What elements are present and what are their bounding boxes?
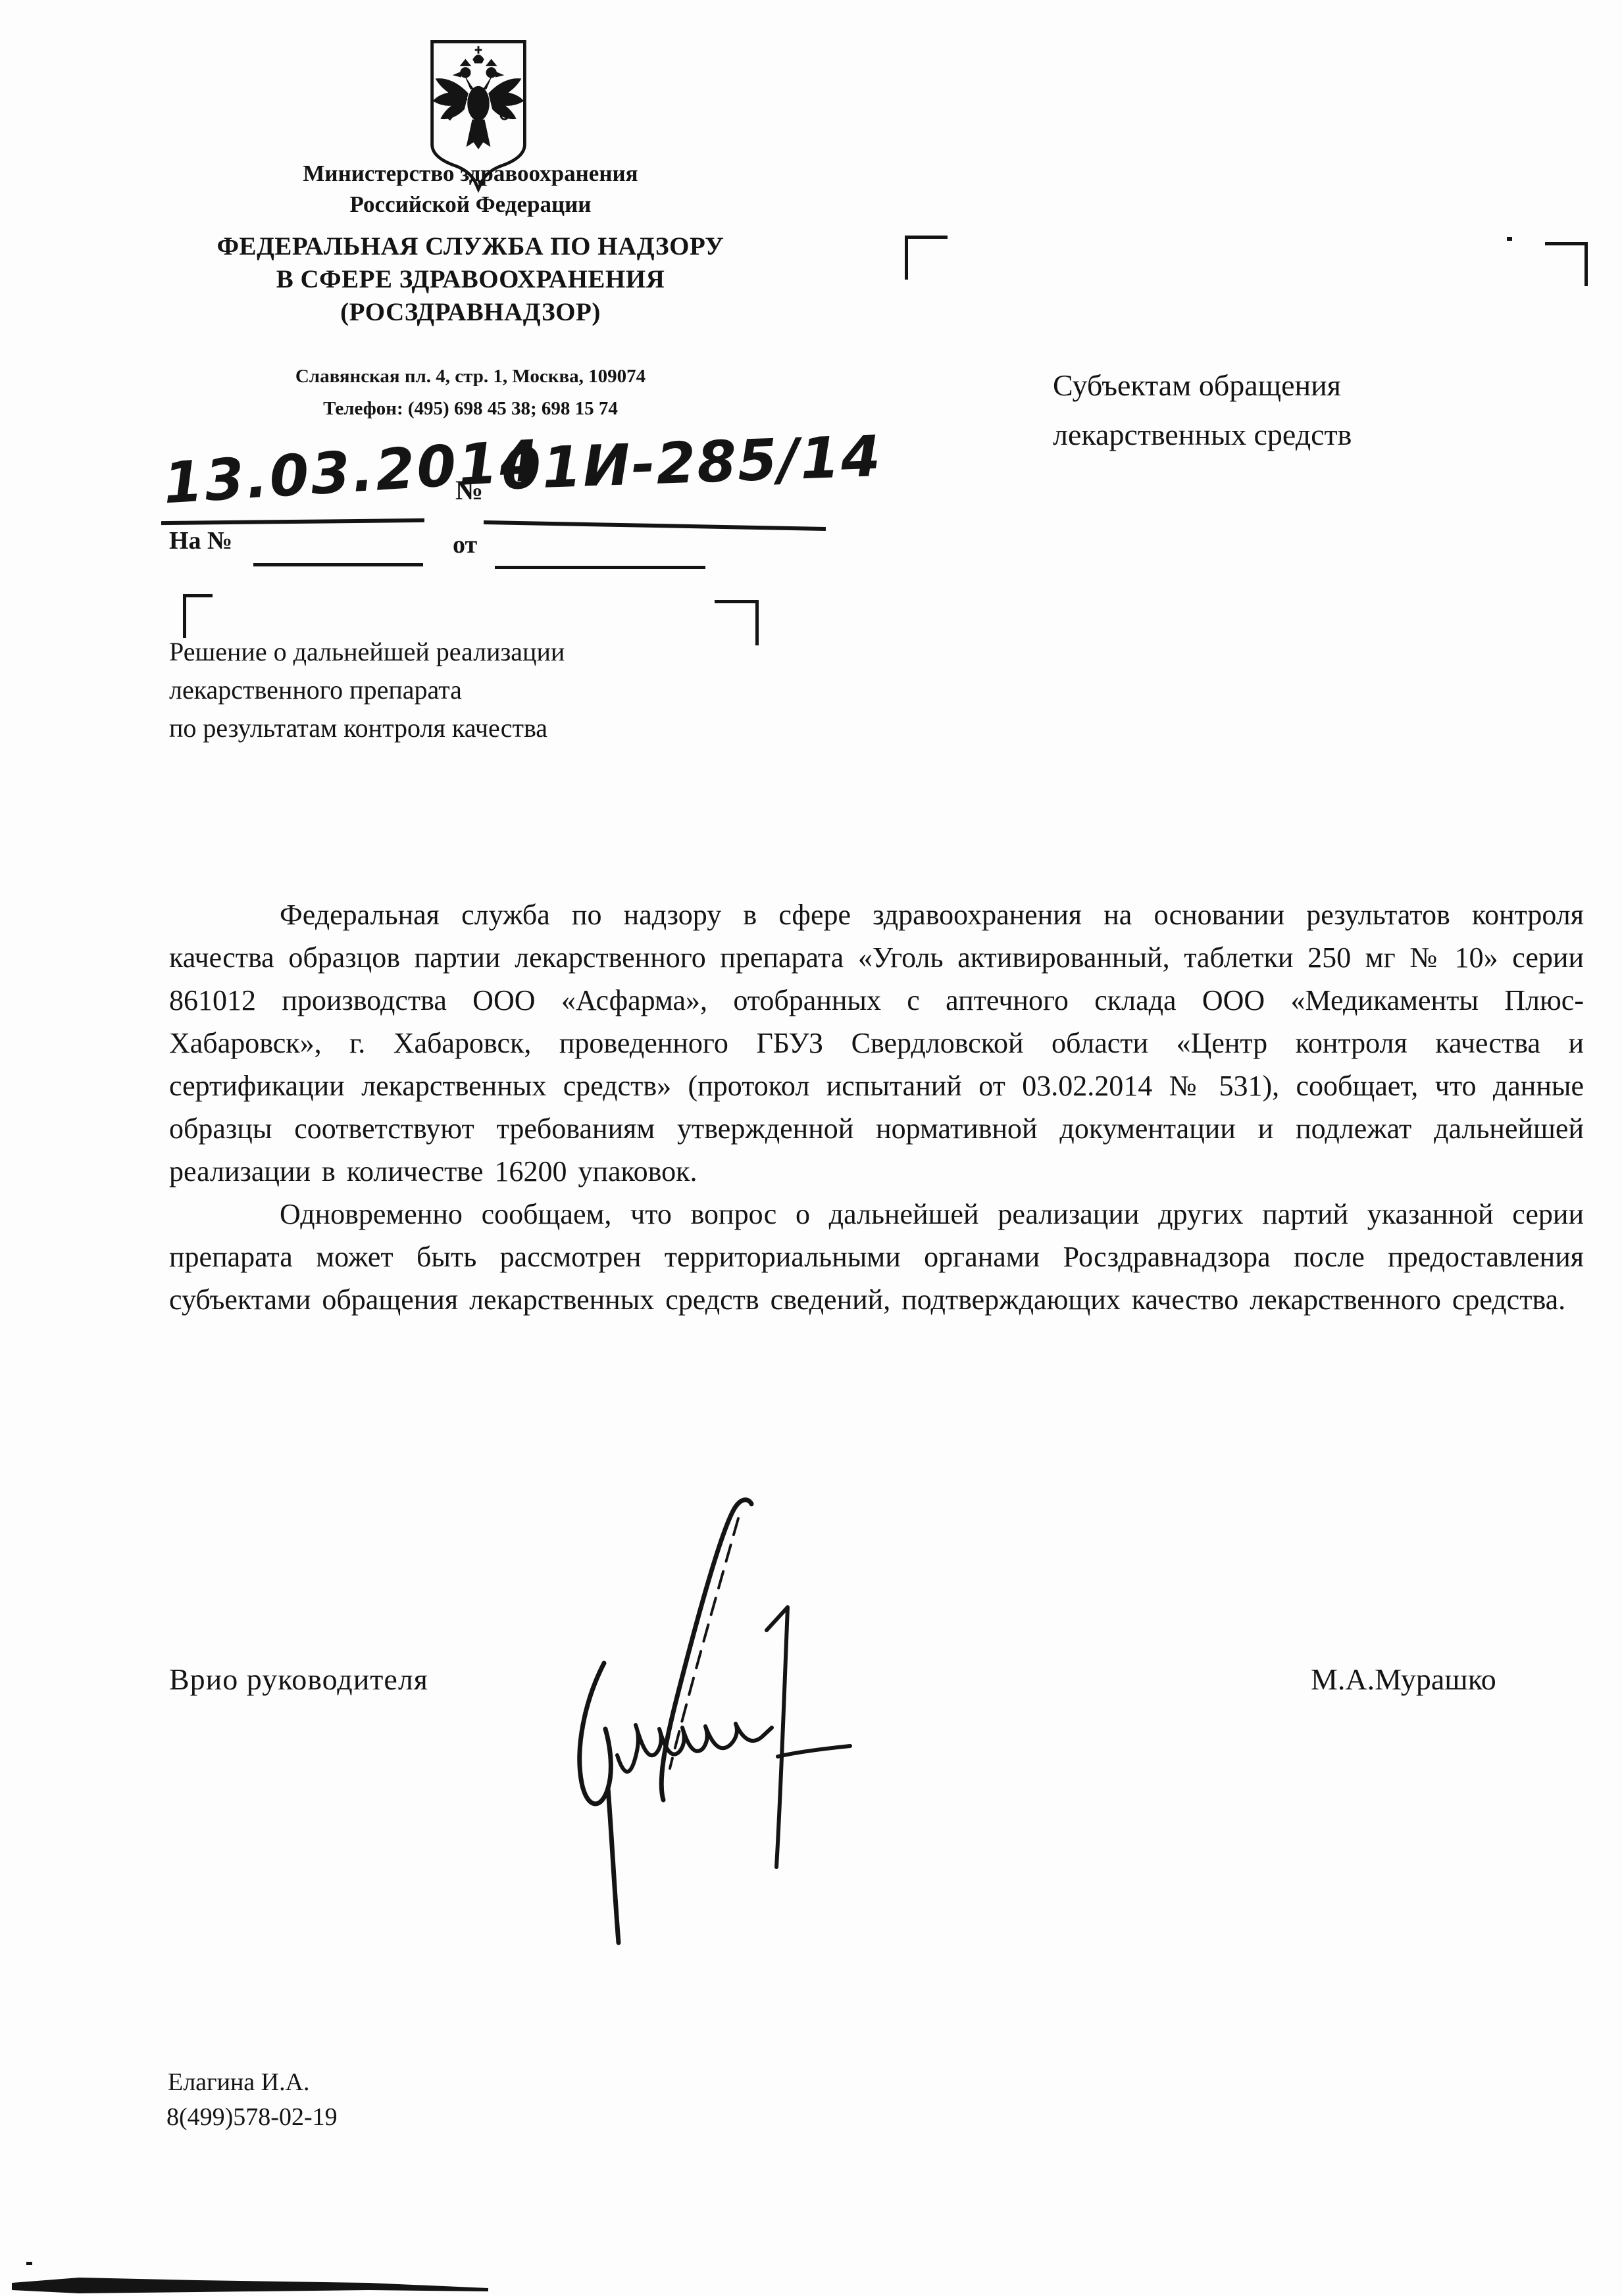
executor-phone: 8(499)578-02-19 — [166, 2103, 338, 2132]
agency-phone: Телефон: (495) 698 45 38; 698 15 74 — [155, 393, 786, 425]
reply-to-label: На № — [169, 526, 232, 555]
ministry-line-2: Российской Федерации — [155, 189, 786, 220]
agency-line-2: В СФЕРЕ ЗДРАВООХРАНЕНИЯ — [155, 263, 786, 296]
date-underline — [161, 518, 424, 525]
agency-line-1: ФЕДЕРАЛЬНАЯ СЛУЖБА ПО НАДЗОРУ — [155, 230, 786, 263]
recipient-block: Субъектам обращения лекарственных средст… — [1053, 361, 1352, 459]
recipient-line-1: Субъектам обращения — [1053, 361, 1352, 410]
signer-position: Врио руководителя — [169, 1662, 428, 1697]
document-page: Министерство здравоохранения Российской … — [0, 0, 1622, 2296]
letter-body: Федеральная служба по надзору в сфере зд… — [169, 893, 1584, 1321]
outgoing-date-handwritten: 13.03.2014 — [161, 428, 542, 517]
scan-speck — [26, 2262, 32, 2265]
signer-name: М.А.Мурашко — [1311, 1662, 1496, 1697]
handwritten-signature-icon — [566, 1472, 934, 1979]
executor-name: Елагина И.А. — [168, 2068, 310, 2097]
subject-zone-corner-left — [183, 594, 213, 638]
agency-contacts: Славянская пл. 4, стр. 1, Москва, 109074… — [155, 361, 786, 425]
agency-address: Славянская пл. 4, стр. 1, Москва, 109074 — [155, 361, 786, 393]
agency-name: ФЕДЕРАЛЬНАЯ СЛУЖБА ПО НАДЗОРУ В СФЕРЕ ЗД… — [155, 230, 786, 329]
recipient-line-2: лекарственных средств — [1053, 410, 1352, 459]
body-paragraph-1: Федеральная служба по надзору в сфере зд… — [169, 893, 1584, 1193]
ministry-name: Министерство здравоохранения Российской … — [155, 158, 786, 220]
number-underline — [484, 520, 826, 531]
number-sign-label: № — [455, 475, 483, 507]
reply-number-blank — [253, 563, 423, 566]
scan-artifact — [0, 2268, 526, 2296]
reply-date-blank — [495, 566, 705, 569]
subject-line-1: Решение о дальнейшей реализации — [169, 633, 565, 671]
recipient-zone-corner-left — [905, 236, 948, 280]
scan-speck — [1507, 237, 1512, 241]
outgoing-number-handwritten: 01И-285/14 — [500, 424, 882, 503]
subject-line-3: по результатам контроля качества — [169, 709, 565, 747]
recipient-zone-corner-right — [1545, 242, 1588, 286]
subject-line-2: лекарственного препарата — [169, 671, 565, 709]
body-paragraph-2: Одновременно сообщаем, что вопрос о даль… — [169, 1193, 1584, 1321]
agency-line-3: (РОСЗДРАВНАДЗОР) — [155, 296, 786, 329]
subject-zone-corner-right — [715, 600, 759, 645]
subject-block: Решение о дальнейшей реализации лекарств… — [169, 633, 565, 747]
ministry-line-1: Министерство здравоохранения — [155, 158, 786, 189]
reply-date-label: от — [453, 530, 477, 559]
